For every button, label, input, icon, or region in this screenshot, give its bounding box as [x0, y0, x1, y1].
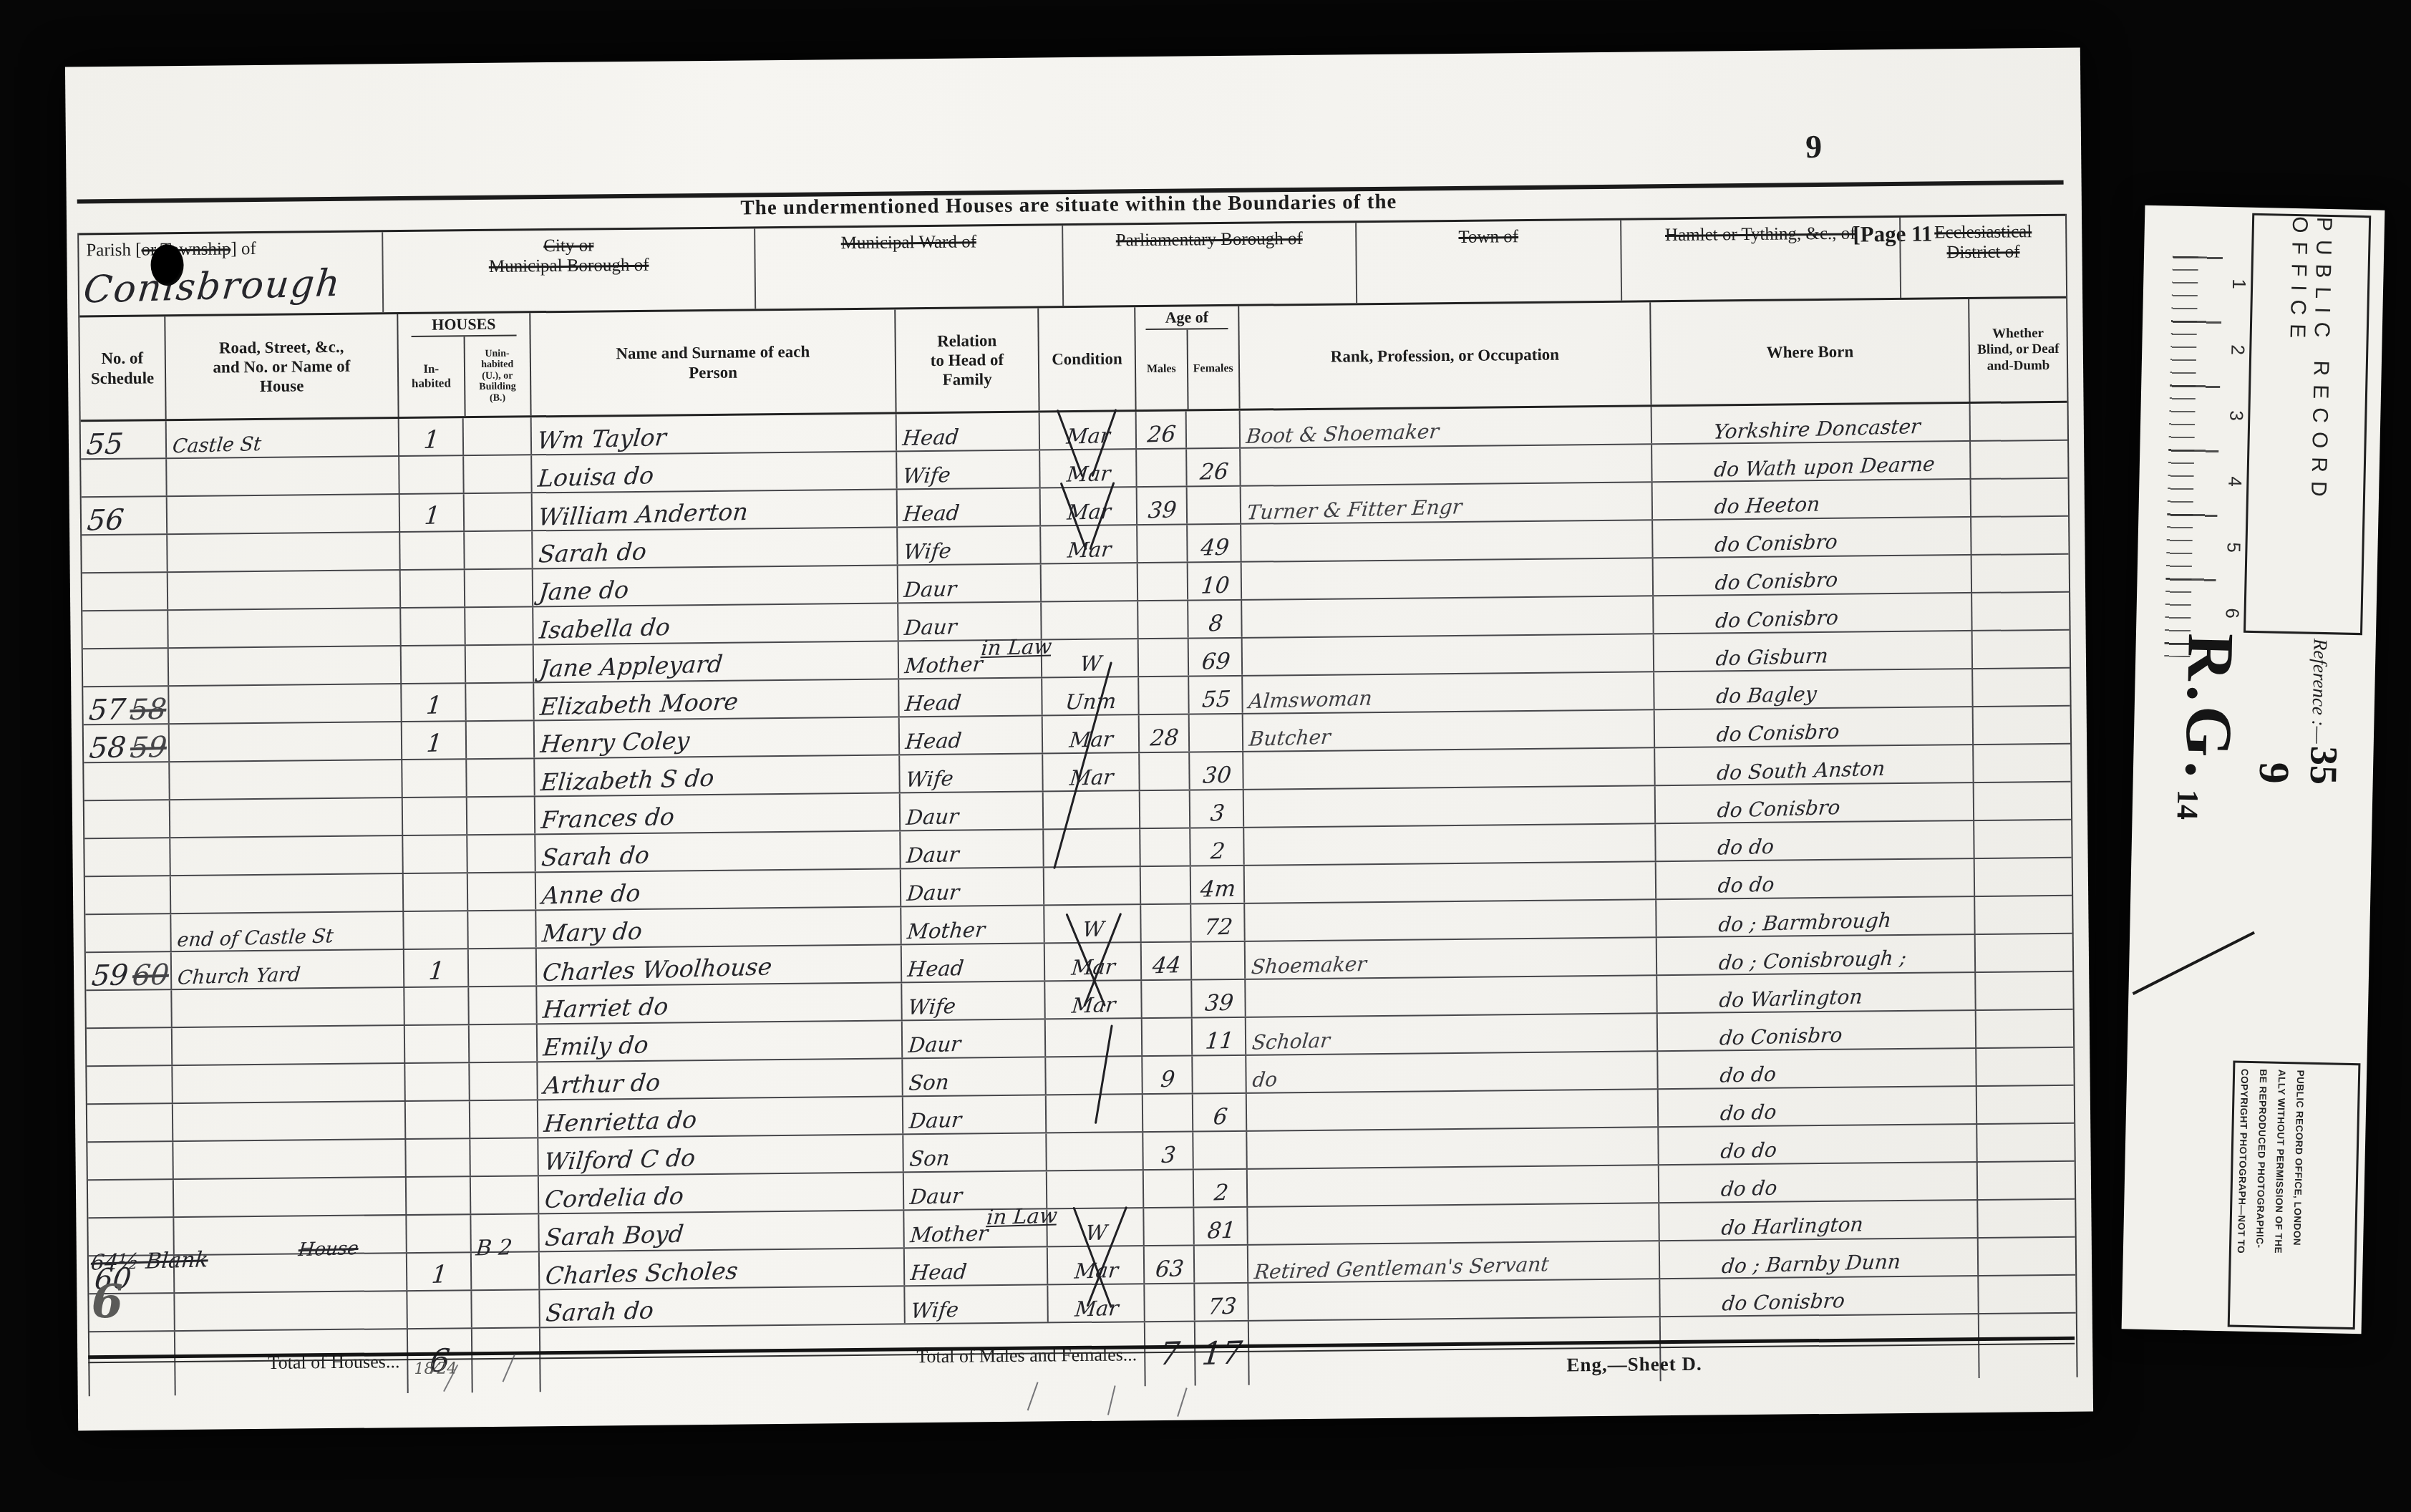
copyright-line: COPYRIGHT PHOTOGRAPH—NOT TO [2234, 1069, 2250, 1319]
road-cell [170, 836, 403, 875]
age-female-cell: 11 [1193, 1018, 1246, 1055]
age-female-value: 26 [1198, 459, 1229, 485]
born-value: do do [1690, 1062, 1777, 1088]
relation-value: Wife [905, 766, 955, 792]
blind-cell [1974, 782, 2071, 820]
occupation-cell: do [1246, 1052, 1658, 1092]
person-name: Henrietta do [543, 1105, 698, 1138]
inhabited-cell: 1 [402, 684, 466, 721]
condition-cell [1042, 563, 1138, 601]
condition-cell: Mar [1040, 450, 1137, 487]
born-value: do do [1688, 873, 1775, 898]
blind-cell [1974, 745, 2070, 782]
schedule-cell [88, 1180, 174, 1217]
born-cell: do do [1656, 859, 1975, 898]
inhabited-cell [404, 873, 468, 911]
occupation-cell: Turner & Fitter Engr [1241, 483, 1653, 523]
person-name: Wilford C do [543, 1143, 697, 1176]
person-name: Arthur do [543, 1068, 661, 1100]
inhabited-cell [404, 987, 469, 1024]
road-cell [168, 495, 400, 533]
born-cell: do ; Barnby Dunn [1660, 1239, 1979, 1278]
person-name: Isabella do [538, 613, 671, 644]
born-cell: do Conisbro [1660, 1276, 1979, 1316]
age-male-cell [1141, 905, 1191, 942]
relation-cell: Son [903, 1057, 1046, 1095]
relation-cell: Daur [901, 830, 1044, 868]
inhabited-cell [407, 1215, 471, 1252]
copyright-line: BE REPRODUCED PHOTOGRAPHIC- [2253, 1069, 2269, 1319]
born-cell: do Conisbro [1655, 707, 1974, 747]
uninhabited-cell [464, 455, 532, 493]
relation-cell: Daur [901, 868, 1044, 906]
person-name: Cordelia do [543, 1182, 684, 1213]
schedule-cell: 56 [82, 497, 168, 534]
pencil-tick [1177, 1387, 1188, 1417]
blind-cell [1978, 1162, 2075, 1199]
blind-cell [1974, 707, 2070, 744]
occupation-cell [1241, 520, 1653, 561]
born-cell: do do [1656, 821, 1974, 861]
blind-cell [1976, 972, 2072, 1009]
age-male-cell [1144, 1208, 1194, 1245]
schedule-cell [82, 611, 168, 648]
name-cell: Sarah do [540, 1286, 905, 1327]
age-male-cell [1138, 601, 1188, 639]
age-female-cell [1188, 487, 1241, 524]
condition-value: Mar [1074, 1296, 1120, 1322]
series-label: R.G. [2170, 633, 2249, 783]
age-male-cell [1137, 525, 1188, 563]
condition-cell: Unm [1042, 677, 1139, 714]
occupation-cell [1245, 900, 1656, 941]
occupation-value: Boot & Shoemaker [1245, 420, 1440, 448]
occupation-cell [1248, 1165, 1659, 1206]
born-value: do do [1692, 1176, 1779, 1202]
name-cell: Henrietta do [538, 1097, 903, 1137]
name-cell: Jane Appleyard [534, 641, 899, 682]
parliamentary-label: Parliamentary Borough of [1116, 229, 1303, 251]
relation-value: Wife [902, 462, 952, 488]
inhabited-cell [407, 1177, 471, 1214]
margin-pencil-total: 6 [91, 1275, 123, 1329]
relation-value: Wife [907, 994, 957, 1019]
road-cell [170, 760, 402, 799]
schedule-cell: 5859 [84, 724, 170, 762]
schedule-cell [87, 1142, 173, 1179]
name-cell: Louisa do [532, 452, 897, 492]
col-born: Where Born [1651, 299, 1970, 404]
born-value: do do [1688, 835, 1775, 861]
ruler-major-ticks [2164, 256, 2223, 657]
schedule-number: 55 [85, 431, 124, 457]
road-cell [175, 1291, 407, 1330]
condition-value: Mar [1066, 461, 1112, 487]
uninhabited-cell [470, 1062, 538, 1100]
road-cell [168, 609, 401, 647]
uninhabited-cell [471, 1176, 539, 1213]
inhabited-cell [406, 1101, 470, 1138]
col-houses-label: HOUSES [412, 314, 517, 337]
parish-label-post: ] of [231, 239, 256, 258]
relation-cell: Daur [898, 564, 1042, 602]
ecclesiastical-field: Ecclesiastical District of [1901, 216, 2066, 298]
occupation-cell [1247, 1090, 1659, 1130]
road-cell [173, 1064, 405, 1102]
condition-cell [1047, 1095, 1143, 1132]
name-cell: Wm Taylor [532, 414, 897, 454]
parish-label-pre: Parish [ [86, 241, 141, 261]
person-name: Sarah do [545, 1296, 655, 1327]
inhabited-cell [406, 1139, 470, 1176]
age-female-cell [1187, 411, 1241, 448]
crossed-text: 64½ Blank [89, 1247, 209, 1276]
blind-cell [1979, 1238, 2075, 1275]
relation-value: Head [904, 690, 963, 716]
parliamentary-field: Parliamentary Borough of [1063, 223, 1357, 306]
ruler-number: 6 [2221, 608, 2243, 619]
relation-value: Daur [903, 576, 957, 602]
occupation-cell [1246, 976, 1657, 1017]
pencil-top: 18 [414, 1360, 434, 1378]
blind-cell [1974, 820, 2071, 858]
road-name: end of Castle St [176, 925, 334, 951]
person-name: Wm Taylor [536, 423, 667, 455]
ruler-number: 2 [2226, 344, 2249, 355]
total-males-number: 7 [1158, 1335, 1182, 1372]
inhabited-cell [401, 608, 465, 645]
column-headers: No. of Schedule Road, Street, &c., and N… [79, 296, 2067, 422]
road-name: Castle St [172, 433, 263, 457]
schedule-cell [81, 459, 167, 496]
parish-value-handwritten: Conisbrough [82, 262, 343, 312]
relation-value: Daur [909, 1183, 964, 1209]
name-cell: Sarah do [533, 528, 898, 568]
name-cell: Emily do [538, 1021, 903, 1061]
inhabited-cell: 1 [402, 722, 467, 759]
age-male-cell: 28 [1140, 715, 1190, 752]
condition-cell: Mar [1041, 525, 1137, 563]
inhabited-cell [405, 1025, 470, 1062]
relation-cell: Head [897, 413, 1040, 451]
road-cell [173, 1026, 405, 1065]
uninhabited-cell [468, 911, 536, 948]
ruler-number: 1 [2228, 278, 2250, 289]
schedule-cell [85, 876, 171, 913]
totals-blind [1979, 1314, 2077, 1378]
person-name: Henry Coley [539, 726, 691, 758]
reference-slash [2133, 931, 2255, 995]
series-number: 9 [2249, 762, 2299, 784]
born-value: do South Anston [1687, 757, 1886, 786]
road-cell [173, 1140, 406, 1178]
crossed-text-2: House [297, 1238, 359, 1261]
born-cell: Yorkshire Doncaster [1652, 404, 1971, 443]
born-cell: do Wath upon Dearne [1652, 442, 1971, 481]
total-males: 7 [1145, 1322, 1196, 1386]
occupation-cell [1241, 445, 1652, 485]
col-houses: HOUSES In- habited Unin- habited (U.), o… [398, 313, 531, 417]
name-cell: Anne do [536, 869, 901, 909]
age-female-value: 10 [1200, 573, 1231, 599]
condition-cell [1046, 1019, 1143, 1056]
col-females: Females [1188, 329, 1239, 409]
age-female-value: 72 [1203, 914, 1234, 941]
person-name: Elizabeth Moore [539, 687, 739, 721]
schedule-number-struck: 60 [131, 962, 170, 989]
occupation-value: Butcher [1248, 725, 1331, 751]
occupation-cell: Almswoman [1243, 672, 1654, 713]
relation-cell: Motherin Law [899, 640, 1042, 678]
age-male-value: 28 [1150, 724, 1180, 751]
born-value: do Heeton [1684, 492, 1820, 519]
relation-value: Head [901, 425, 960, 450]
person-name: Mary do [541, 917, 644, 948]
age-female-cell: 72 [1191, 904, 1245, 941]
age-female-cell: 10 [1188, 563, 1242, 600]
occupation-cell: Retired Gentleman's Servant [1248, 1241, 1660, 1282]
occupation-cell [1242, 596, 1654, 637]
person-name: Elizabeth S do [540, 764, 716, 797]
name-cell: Wilford C do [538, 1135, 903, 1175]
relation-value: Mother [906, 917, 986, 944]
age-male-cell: 9 [1143, 1056, 1193, 1093]
age-male-cell [1140, 791, 1190, 828]
inhabited-cell [402, 760, 467, 797]
relation-value: Mother [909, 1221, 989, 1247]
age-female-cell: 2 [1194, 1170, 1248, 1207]
blind-cell [1971, 479, 2068, 516]
schedule-number-struck: 59 [129, 735, 168, 761]
condition-value: Unm [1064, 689, 1117, 714]
age-male-cell [1143, 1094, 1193, 1131]
uninhabited-cell [465, 531, 533, 568]
age-female-value: 39 [1204, 990, 1235, 1017]
occupation-cell [1244, 824, 1656, 865]
relation-cell: Mother [901, 906, 1044, 944]
age-female-value: 6 [1212, 1104, 1228, 1130]
age-female-value: 55 [1201, 687, 1232, 713]
born-cell: do Harlington [1659, 1201, 1978, 1240]
uninhabited-pencil-mark: B 2 [475, 1235, 513, 1261]
schedule-cell [86, 990, 172, 1027]
road-cell [168, 571, 401, 609]
name-cell: Arthur do [538, 1059, 903, 1099]
relation-cell: Wife [902, 982, 1045, 1019]
age-female-value: 81 [1206, 1218, 1237, 1244]
inhabited-cell: 1 [404, 949, 469, 987]
condition-cell [1044, 867, 1141, 904]
schedule-number-struck: 58 [129, 697, 168, 723]
age-male-cell [1139, 677, 1189, 714]
col-schedule: No. of Schedule [79, 316, 166, 420]
occupation-cell [1248, 1203, 1659, 1244]
relation-value: Wife [903, 538, 953, 564]
occupation-cell: Scholar [1246, 1014, 1658, 1055]
inhabited-cell [400, 532, 465, 569]
relation-cell: Head [899, 678, 1042, 716]
age-male-cell [1143, 1018, 1193, 1055]
born-cell: do do [1659, 1125, 1977, 1164]
age-female-cell: 30 [1190, 752, 1243, 790]
occupation-value: Almswoman [1248, 687, 1373, 714]
relation-cell: Motherin Law [904, 1209, 1047, 1247]
name-cell: Frances do [535, 793, 901, 833]
town-field: Town of [1357, 220, 1622, 304]
occupation-value: do [1251, 1067, 1279, 1092]
person-name: Anne do [540, 879, 641, 910]
relation-value: Daur [908, 1108, 962, 1133]
col-name: Name and Surname of each Person [530, 309, 896, 415]
schedule-cell [87, 1066, 173, 1103]
total-females-number: 17 [1200, 1334, 1243, 1372]
uninhabited-cell [469, 987, 537, 1024]
schedule-cell: 55 [81, 421, 167, 458]
person-name: Frances do [540, 803, 676, 834]
relation-value: Mother [903, 651, 984, 678]
blind-cell [1976, 1048, 2073, 1085]
born-value: do Wath upon Dearne [1684, 452, 1936, 483]
road-cell: Castle St [167, 419, 399, 457]
blind-cell [1972, 555, 2069, 592]
relation-value: Son [908, 1145, 951, 1171]
parish-field: Parish [or Township] of Conisbrough [79, 232, 384, 315]
occupation-value: Turner & Fitter Engr [1246, 495, 1462, 524]
age-female-cell [1195, 1246, 1248, 1283]
inhabited-cell [401, 570, 465, 607]
inhabited-cell [404, 911, 468, 949]
road-cell [168, 533, 400, 571]
schedule-cell [84, 800, 170, 838]
person-name: Jane do [538, 576, 630, 606]
col-occupation: Rank, Profession, or Occupation [1239, 302, 1651, 409]
piece-number-bottom: 14 [2170, 790, 2205, 820]
pro-office-box: PUBLIC RECORD OFFICE [2243, 213, 2371, 635]
blind-cell [1971, 441, 2067, 478]
relation-value: Wife [910, 1297, 960, 1323]
inhabited-cell [405, 1063, 470, 1100]
occupation-cell [1243, 634, 1654, 675]
occupation-value: Retired Gentleman's Servant [1253, 1252, 1551, 1284]
relation-cell: Daur [903, 1019, 1046, 1057]
ward-field: Municipal Ward of [755, 226, 1064, 309]
ward-label: Municipal Ward of [841, 232, 976, 253]
age-female-cell: 55 [1189, 677, 1243, 714]
age-female-value: 2 [1209, 838, 1226, 865]
person-name: Sarah do [538, 537, 648, 568]
age-male-cell: 39 [1137, 488, 1188, 525]
age-male-value: 63 [1155, 1256, 1185, 1282]
relation-cell: Head [900, 716, 1043, 754]
born-value: do Conisbro [1685, 530, 1839, 558]
ecclesiastical-label: Ecclesiastical District of [1934, 222, 2032, 262]
condition-cell: W [1047, 1208, 1144, 1246]
uninhabited-cell [468, 873, 536, 910]
condition-cell: Mar [1041, 488, 1137, 525]
col-uninhabited: Unin- habited (U.), or Building (B.) [465, 336, 530, 416]
inhabited-cell: 1 [400, 494, 465, 531]
condition-cell: Mar [1045, 943, 1142, 980]
col-road: Road, Street, &c., and No. or Name of Ho… [165, 314, 399, 419]
total-houses-label: Total of Houses... [175, 1329, 409, 1395]
occupation-cell [1243, 748, 1655, 789]
age-female-cell [1193, 1056, 1246, 1093]
born-cell: do ; Barmbrough [1656, 897, 1975, 936]
blind-cell [1977, 1124, 2074, 1161]
blind-cell [1979, 1276, 2075, 1313]
col-age-label: Age of [1146, 306, 1228, 330]
born-cell: do Conisbro [1654, 593, 1972, 633]
born-value: do Conisbro [1689, 1023, 1843, 1051]
pro-office-label: PUBLIC RECORD OFFICE [2279, 216, 2336, 632]
uninhabited-cell [470, 1100, 538, 1138]
relation-value: Daur [906, 842, 960, 868]
uninhabited-cell [469, 949, 537, 986]
total-females: 17 [1195, 1322, 1250, 1386]
born-value: do Conisbro [1687, 719, 1840, 747]
uninhabited-cell [470, 1138, 538, 1176]
borough-label: City or Municipal Borough of [489, 236, 649, 276]
road-cell [167, 457, 399, 495]
blind-cell [1975, 896, 2072, 934]
blind-cell [1971, 517, 2068, 554]
town-label: Town of [1458, 227, 1518, 247]
relation-cell: Head [898, 489, 1041, 527]
uninhabited-cell [465, 607, 533, 644]
copyright-line: ALLY WITHOUT PERMISSION OF THE [2271, 1070, 2287, 1320]
name-cell: Charles Woolhouse [537, 945, 902, 985]
person-name: Louisa do [537, 461, 655, 492]
crossed-out-note: 64½ Blank House [91, 1246, 392, 1274]
col-relation: Relation to Head of Family [896, 309, 1039, 412]
name-cell: Isabella do [533, 604, 898, 644]
blind-cell [1977, 1086, 2074, 1123]
age-male-cell [1140, 829, 1190, 866]
uninhabited-cell [470, 1024, 538, 1062]
road-cell [172, 988, 404, 1027]
age-female-value: 73 [1207, 1294, 1238, 1320]
road-cell [171, 874, 404, 913]
age-male-cell: 44 [1142, 943, 1192, 980]
born-cell: do Gisburn [1654, 631, 1973, 671]
road-cell [169, 646, 402, 685]
born-value: do Conisbro [1686, 606, 1840, 634]
inhabited-mark: 1 [430, 1260, 448, 1289]
road-cell [173, 1102, 406, 1140]
name-cell: Sarah do [535, 831, 901, 871]
uninhabited-cell [465, 569, 533, 606]
reference-number: R.G. 9 35 14 [2169, 633, 2376, 828]
born-cell: do do [1659, 1087, 1977, 1126]
age-female-cell [1192, 942, 1246, 979]
age-female-value: 49 [1199, 535, 1230, 561]
relation-cell: Head [905, 1247, 1048, 1285]
age-male-cell [1137, 450, 1187, 487]
born-cell: do do [1658, 1049, 1976, 1088]
schedule-cell [82, 573, 168, 610]
name-cell: Elizabeth Moore [534, 679, 899, 719]
relation-value: Daur [906, 880, 960, 906]
occupation-value: Scholar [1251, 1029, 1331, 1055]
condition-cell: Mar [1040, 412, 1137, 449]
road-cell: end of Castle St [171, 912, 404, 951]
blind-cell [1976, 934, 2072, 971]
inhabited-mark: 1 [423, 501, 441, 530]
born-value: do Bagley [1687, 682, 1818, 709]
occupation-value: Shoemaker [1250, 952, 1367, 979]
relation-value: Head [910, 1259, 969, 1285]
condition-cell [1044, 791, 1140, 828]
